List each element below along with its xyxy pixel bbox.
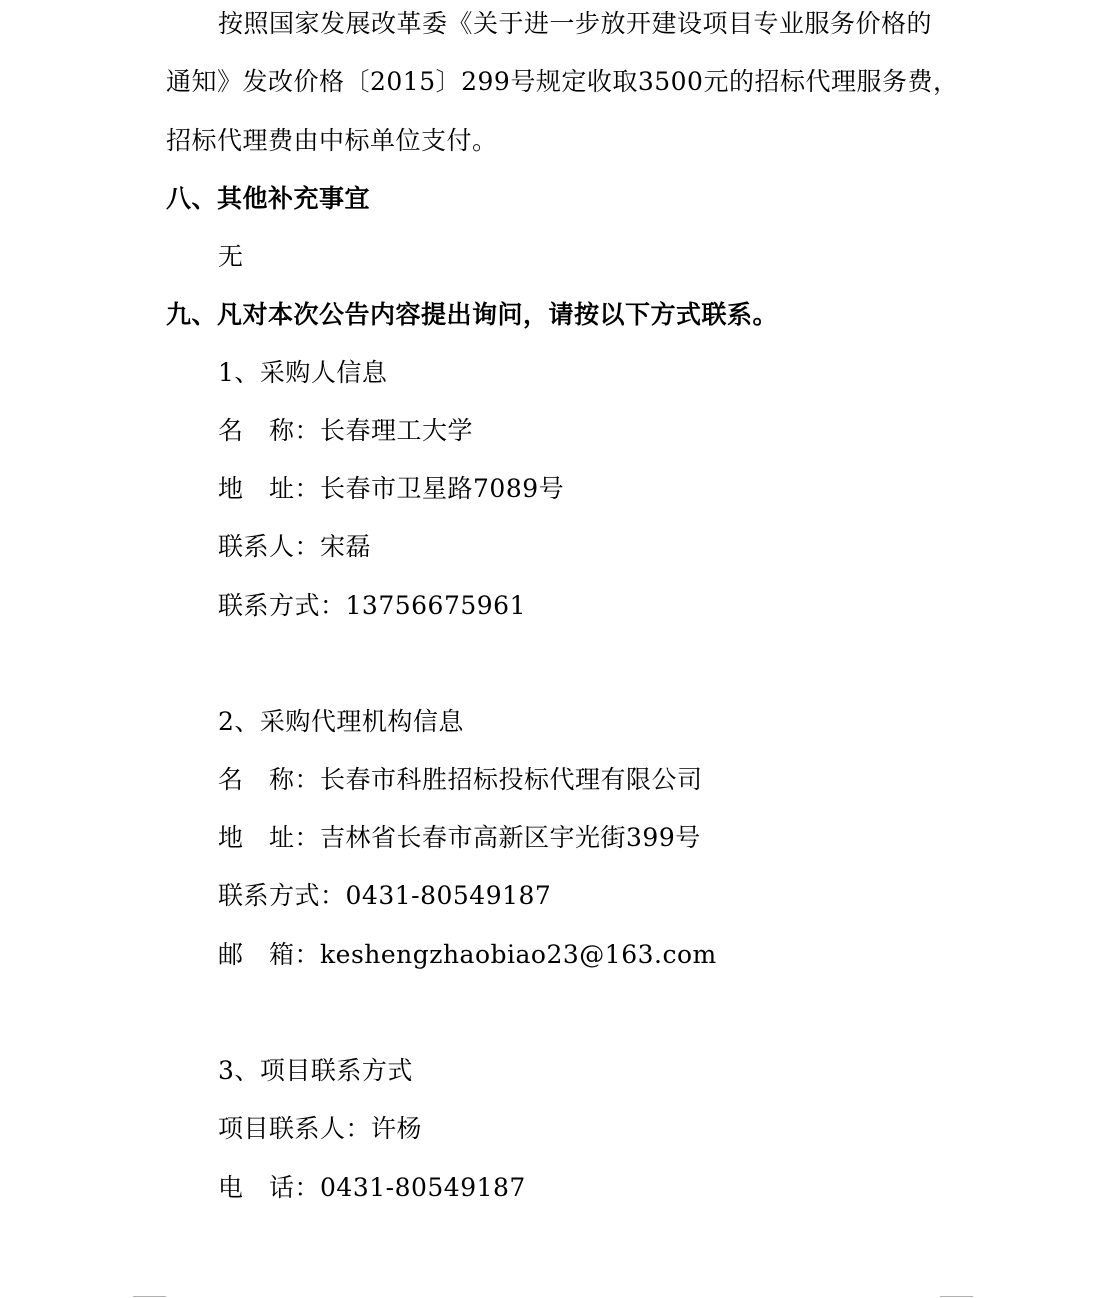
- section-8-body: 无: [218, 242, 244, 272]
- purchaser-address-label: 地 址：: [218, 474, 320, 504]
- agency-phone-row: 联系方式：0431-80549187: [218, 881, 551, 911]
- agency-name-value: 长春市科胜招标投标代理有限公司: [320, 765, 703, 794]
- agency-phone-label: 联系方式：: [218, 881, 346, 911]
- agency-name-row: 名 称：长春市科胜招标投标代理有限公司: [218, 765, 703, 795]
- purchaser-name-value: 长春理工大学: [320, 416, 473, 445]
- agency-phone-value: 0431-80549187: [346, 881, 552, 910]
- fee-paragraph-line-1: 按照国家发展改革委《关于进一步放开建设项目专业服务价格的: [218, 9, 932, 39]
- purchaser-address-value: 长春市卫星路7089号: [320, 474, 564, 503]
- project-phone-label: 电 话：: [218, 1173, 320, 1203]
- agency-title: 2、采购代理机构信息: [218, 707, 464, 737]
- agency-address-row: 地 址：吉林省长春市高新区宇光街399号: [218, 823, 701, 853]
- project-contact-label: 项目联系人：: [218, 1114, 371, 1144]
- agency-email-row: 邮 箱：keshengzhaobiao23@163.com: [218, 940, 717, 970]
- project-title: 3、项目联系方式: [218, 1056, 413, 1086]
- agency-address-label: 地 址：: [218, 823, 320, 853]
- section-8-heading: 八、其他补充事宜: [166, 184, 370, 214]
- crop-mark-right: [940, 1296, 973, 1297]
- purchaser-contact-row: 联系人：宋磊: [218, 532, 371, 562]
- agency-email-label: 邮 箱：: [218, 940, 320, 970]
- purchaser-contact-label: 联系人：: [218, 532, 320, 562]
- project-phone-row: 电 话：0431-80549187: [218, 1173, 526, 1203]
- project-phone-value: 0431-80549187: [320, 1173, 526, 1202]
- purchaser-address-row: 地 址：长春市卫星路7089号: [218, 474, 564, 504]
- purchaser-phone-value: 13756675961: [346, 591, 526, 620]
- purchaser-phone-row: 联系方式：13756675961: [218, 591, 526, 621]
- fee-paragraph-line-2: 通知》发改价格〔2015〕299号规定收取3500元的招标代理服务费，: [166, 67, 958, 97]
- section-9-heading: 九、凡对本次公告内容提出询问，请按以下方式联系。: [166, 300, 778, 330]
- project-contact-row: 项目联系人：许杨: [218, 1114, 422, 1144]
- agency-name-label: 名 称：: [218, 765, 320, 795]
- purchaser-title: 1、采购人信息: [218, 358, 387, 388]
- purchaser-name-row: 名 称：长春理工大学: [218, 416, 473, 446]
- purchaser-contact-value: 宋磊: [320, 532, 371, 561]
- project-contact-value: 许杨: [371, 1114, 422, 1143]
- crop-mark-left: [133, 1296, 166, 1297]
- agency-email-value: keshengzhaobiao23@163.com: [320, 940, 717, 969]
- agency-address-value: 吉林省长春市高新区宇光街399号: [320, 823, 701, 852]
- fee-paragraph-line-3: 招标代理费由中标单位支付。: [166, 126, 498, 156]
- purchaser-phone-label: 联系方式：: [218, 591, 346, 621]
- purchaser-name-label: 名 称：: [218, 416, 320, 446]
